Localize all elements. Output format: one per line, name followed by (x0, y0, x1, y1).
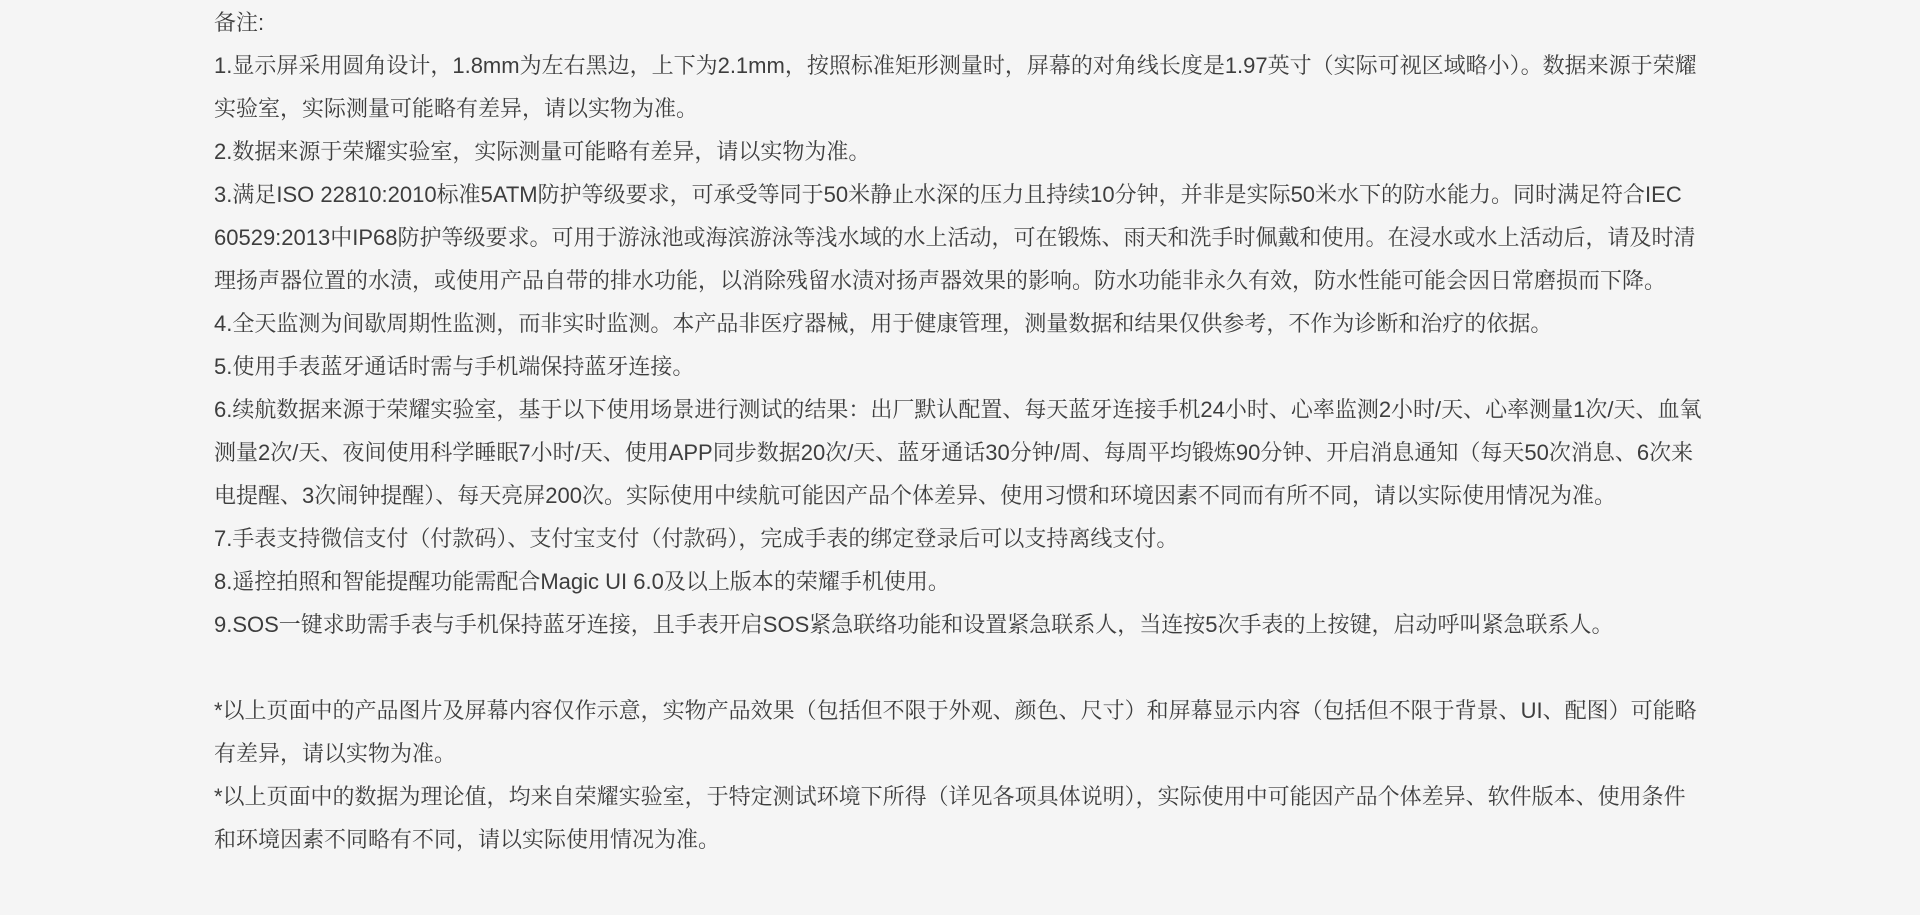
disclaimer-block: *以上页面中的产品图片及屏幕内容仅作示意，实物产品效果（包括但不限于外观、颜色、… (214, 689, 1706, 861)
note-item-2: 2.数据来源于荣耀实验室，实际测量可能略有差异，请以实物为准。 (214, 130, 1706, 173)
note-item-8: 8.遥控拍照和智能提醒功能需配合Magic UI 6.0及以上版本的荣耀手机使用… (214, 560, 1706, 603)
product-notes-section: 备注: 1.显示屏采用圆角设计，1.8mm为左右黑边，上下为2.1mm，按照标准… (214, 0, 1706, 861)
notes-heading: 备注: (214, 1, 1706, 44)
disclaimer-theoretical-data: *以上页面中的数据为理论值，均来自荣耀实验室，于特定测试环境下所得（详见各项具体… (214, 775, 1706, 861)
note-item-6: 6.续航数据来源于荣耀实验室，基于以下使用场景进行测试的结果：出厂默认配置、每天… (214, 388, 1706, 517)
note-item-5: 5.使用手表蓝牙通话时需与手机端保持蓝牙连接。 (214, 345, 1706, 388)
note-item-4: 4.全天监测为间歇周期性监测，而非实时监测。本产品非医疗器械，用于健康管理，测量… (214, 302, 1706, 345)
note-item-9: 9.SOS一键求助需手表与手机保持蓝牙连接，且手表开启SOS紧急联络功能和设置紧… (214, 603, 1706, 646)
disclaimer-product-images: *以上页面中的产品图片及屏幕内容仅作示意，实物产品效果（包括但不限于外观、颜色、… (214, 689, 1706, 775)
note-item-1: 1.显示屏采用圆角设计，1.8mm为左右黑边，上下为2.1mm，按照标准矩形测量… (214, 44, 1706, 130)
note-item-3: 3.满足ISO 22810:2010标准5ATM防护等级要求，可承受等同于50米… (214, 173, 1706, 302)
note-item-7: 7.手表支持微信支付（付款码）、支付宝支付（付款码），完成手表的绑定登录后可以支… (214, 517, 1706, 560)
